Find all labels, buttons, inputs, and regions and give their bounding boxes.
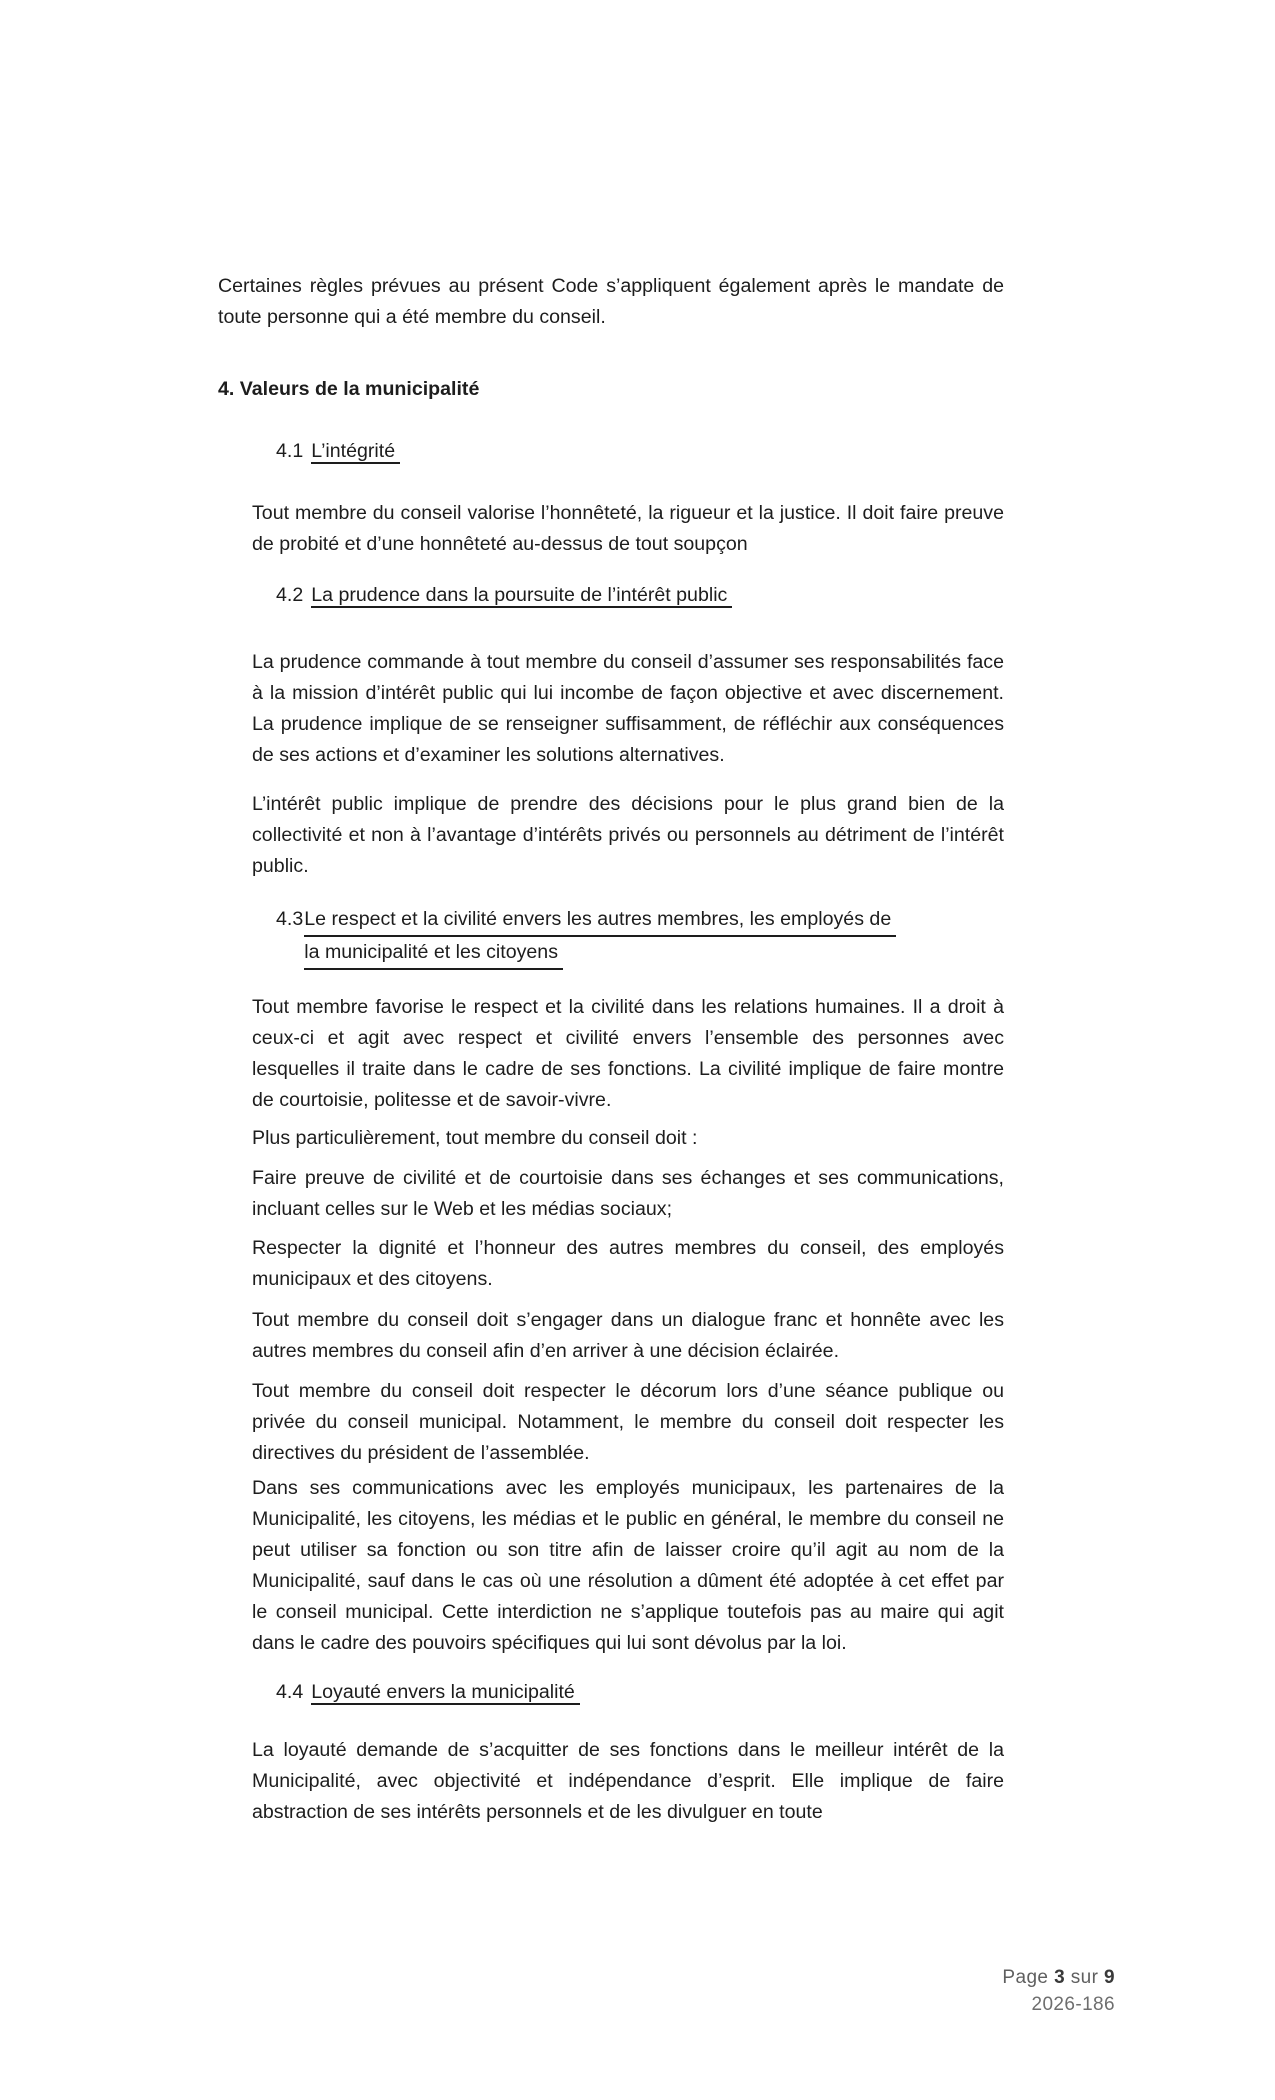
subsection-heading-4-4: 4.4 Loyauté envers la municipalité	[276, 1677, 1004, 1708]
subsection-heading-4-1: 4.1 L’intégrité	[276, 436, 1004, 467]
subsection-title: L’intégrité	[311, 436, 400, 467]
subsection-number: 4.2	[276, 580, 303, 611]
page-number-line: Page 3 sur 9	[1002, 1964, 1115, 1991]
sur-word: sur	[1071, 1967, 1099, 1988]
paragraph-respect-point-1: Faire preuve de civilité et de courtoisi…	[252, 1163, 1004, 1225]
subsection-heading-4-3: 4.3 Le respect et la civilité envers les…	[276, 904, 1004, 970]
subsection-number: 4.4	[276, 1677, 303, 1708]
paragraph-intro: Certaines règles prévues au présent Code…	[218, 271, 1004, 333]
section-heading-values: 4. Valeurs de la municipalité	[218, 374, 1004, 405]
paragraph-respect-point-5: Dans ses communications avec les employé…	[252, 1473, 1004, 1659]
subsection-heading-4-2: 4.2 La prudence dans la poursuite de l’i…	[276, 580, 1004, 611]
subsection-title: La prudence dans la poursuite de l’intér…	[311, 580, 732, 611]
paragraph-respect-point-2: Respecter la dignité et l’honneur des au…	[252, 1233, 1004, 1295]
page-word: Page	[1002, 1967, 1048, 1988]
subsection-title: Le respect et la civilité envers les aut…	[304, 904, 896, 970]
subsection-title: Loyauté envers la municipalité	[311, 1677, 580, 1708]
page-number: 3	[1054, 1967, 1065, 1988]
subsection-title-text: Loyauté envers la municipalité	[311, 1681, 580, 1705]
paragraph-respect: Tout membre favorise le respect et la ci…	[252, 992, 1004, 1116]
paragraph-respect-point-3: Tout membre du conseil doit s’engager da…	[252, 1305, 1004, 1367]
subsection-title-line2: la municipalité et les citoyens	[304, 937, 563, 970]
document-page: Certaines règles prévues au présent Code…	[0, 0, 1275, 2100]
document-number: 2026-186	[1002, 1991, 1115, 2018]
paragraph-respect-lead: Plus particulièrement, tout membre du co…	[252, 1123, 1004, 1154]
paragraph-respect-point-4: Tout membre du conseil doit respecter le…	[252, 1376, 1004, 1469]
paragraph-prudence-1: La prudence commande à tout membre du co…	[252, 647, 1004, 771]
paragraph-prudence-2: L’intérêt public implique de prendre des…	[252, 789, 1004, 882]
subsection-title-text: La prudence dans la poursuite de l’intér…	[311, 584, 732, 608]
paragraph-loyalty: La loyauté demande de s’acquitter de ses…	[252, 1735, 1004, 1828]
paragraph-integrity: Tout membre du conseil valorise l’honnêt…	[252, 498, 1004, 560]
document-content: Certaines règles prévues au présent Code…	[252, 271, 1004, 1828]
subsection-number: 4.1	[276, 436, 303, 467]
subsection-title-line1: Le respect et la civilité envers les aut…	[304, 904, 896, 937]
page-footer: Page 3 sur 9 2026-186	[1002, 1964, 1115, 2018]
subsection-title-text: L’intégrité	[311, 440, 400, 464]
subsection-number: 4.3	[276, 904, 303, 935]
total-pages: 9	[1104, 1967, 1115, 1988]
